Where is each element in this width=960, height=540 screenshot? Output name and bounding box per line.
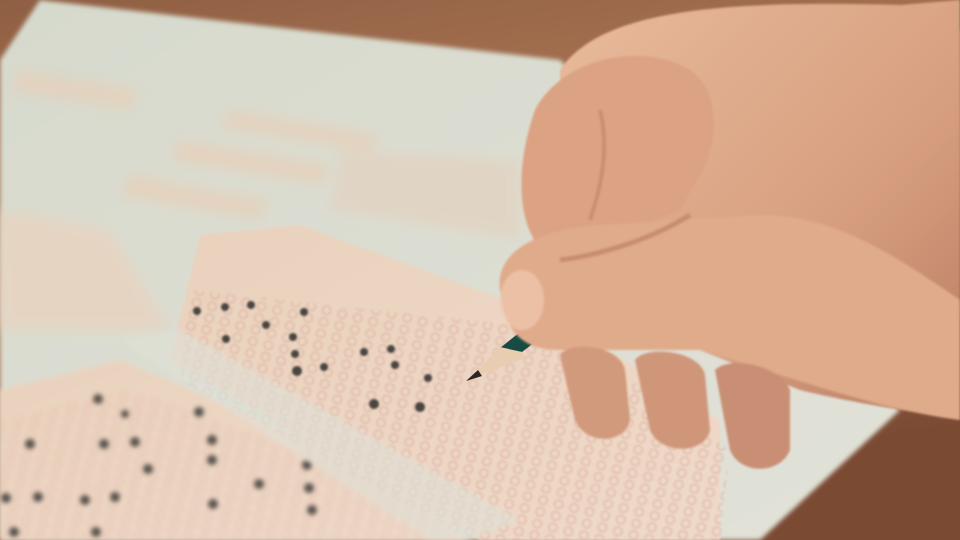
photo-scene: A hand holding a green pencil filling in…: [0, 0, 960, 540]
photo-illustration: [0, 0, 960, 540]
